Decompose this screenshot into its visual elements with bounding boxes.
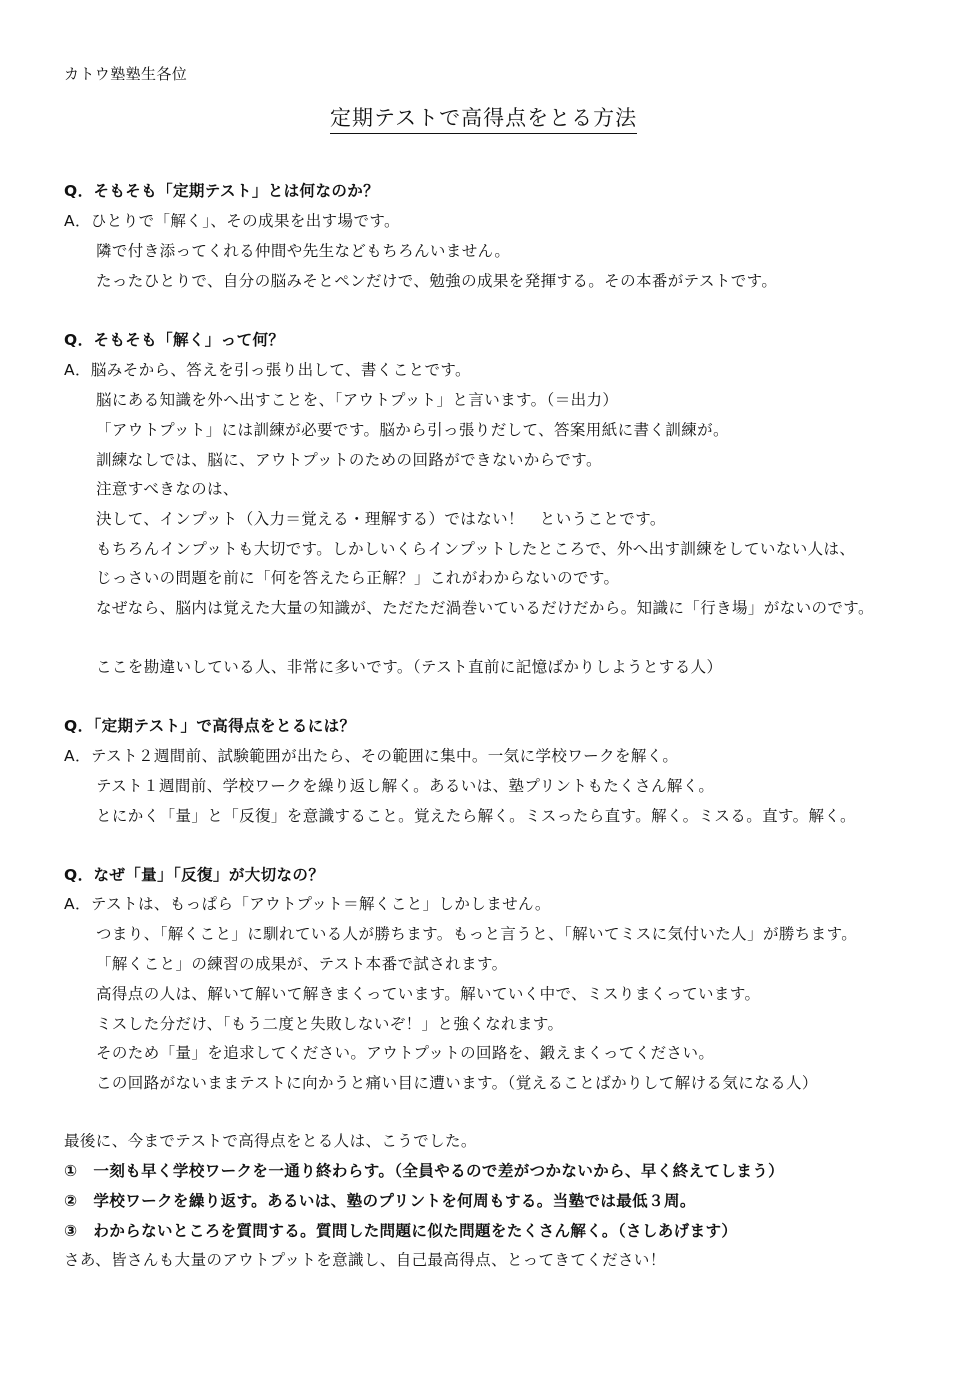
question-1: Q．そもそも「定期テスト」とは何なのか？ (64, 181, 379, 201)
answer-2-line: じっさいの問題を前に「何を答えたら正解？」これがわからないのです。 (96, 568, 619, 588)
answer-2: A．脳みそから、答えを引っ張り出して、書くことです。 (64, 360, 471, 380)
closing-final: さあ、皆さんも大量のアウトプットを意識し、自己最高得点、とってきてください！ (64, 1250, 666, 1270)
answer-1: A．ひとりで「解く」、その成果を出す場です。 (64, 211, 400, 231)
answer-4-line: 「解くこと」の練習の成果が、テスト本番で試されます。 (96, 954, 508, 974)
answer-3: A．テスト２週間前、試験範囲が出たら、その範囲に集中。一気に学校ワークを解く。 (64, 746, 678, 766)
answer-2-line: なぜなら、脳内は覚えた大量の知識が、ただただ渦巻いているだけだから。知識に「行き… (96, 598, 874, 618)
answer-3-line: とにかく「量」と「反復」を意識すること。覚えたら解く。ミスったら直す。解く。ミス… (96, 806, 856, 826)
answer-2-line: 「アウトプット」には訓練が必要です。脳から引っ張りだして、答案用紙に書く訓練が。 (96, 420, 729, 440)
closing-point-2: ② 学校ワークを繰り返す。あるいは、塾のプリントを何周もする。当塾では最低３周。 (64, 1191, 696, 1211)
answer-2-line: もちろんインプットも大切です。しかしいくらインプットしたところで、外へ出す訓練を… (96, 539, 855, 559)
answer-3-line: テスト１週間前、学校ワークを繰り返し解く。あるいは、塾プリントもたくさん解く。 (96, 776, 714, 796)
question-3: Q．「定期テスト」で高得点をとるには？ (64, 716, 355, 736)
answer-4: A．テストは、もっぱら「アウトプット＝解くこと」しかしません。 (64, 894, 551, 914)
answer-1-line: 隣で付き添ってくれる仲間や先生などもちろんいません。 (96, 241, 510, 261)
closing-point-1: ① 一刻も早く学校ワークを一通り終わらす。（全員やるので差がつかないから、早く終… (64, 1161, 784, 1181)
document-page: カトウ塾塾生各位 定期テストで高得点をとる方法 Q．そもそも「定期テスト」とは何… (0, 0, 980, 1387)
answer-4-line: 高得点の人は、解いて解いて解きまくっています。解いていく中で、ミスりまくっていま… (96, 984, 760, 1004)
answer-2-note: ここを勘違いしている人、非常に多いです。（テスト直前に記憶ばかりしようとする人） (96, 657, 722, 677)
answer-2-line: 訓練なしでは、脳に、アウトプットのための回路ができないからです。 (96, 450, 602, 470)
answer-2-line: 脳にある知識を外へ出すことを、「アウトプット」と言います。（＝出力） (96, 390, 618, 410)
answer-4-line: ミスした分だけ、「もう二度と失敗しないぞ！」と強くなれます。 (96, 1014, 563, 1034)
answer-4-line: そのため「量」を追求してください。アウトプットの回路を、鍛えまくってください。 (96, 1043, 714, 1063)
page-title: 定期テストで高得点をとる方法 (330, 104, 637, 134)
answer-4-line: つまり、「解くこと」に馴れている人が勝ちます。もっと言うと、「解いてミスに気付い… (96, 924, 857, 944)
answer-1-line: たったひとりで、自分の脳みそとペンだけで、勉強の成果を発揮する。その本番がテスト… (96, 271, 777, 291)
answer-2-line: 注意すべきなのは、 (96, 479, 239, 499)
answer-4-line: この回路がないままテストに向かうと痛い目に遭います。（覚えることばかりして解ける… (96, 1073, 818, 1093)
closing-point-3: ③ わからないところを質問する。質問した問題に似た問題をたくさん解く。（さしあげ… (64, 1221, 737, 1241)
closing-intro: 最後に、今までテストで高得点をとる人は、こうでした。 (64, 1131, 477, 1151)
question-2: Q．そもそも「解く」って何？ (64, 330, 284, 350)
addressee: カトウ塾塾生各位 (64, 64, 187, 84)
answer-2-line: 決して、インプット（入力＝覚える・理解する）ではない！ ということです。 (96, 509, 666, 529)
question-4: Q．なぜ「量」「反復」が大切なの？ (64, 865, 324, 885)
